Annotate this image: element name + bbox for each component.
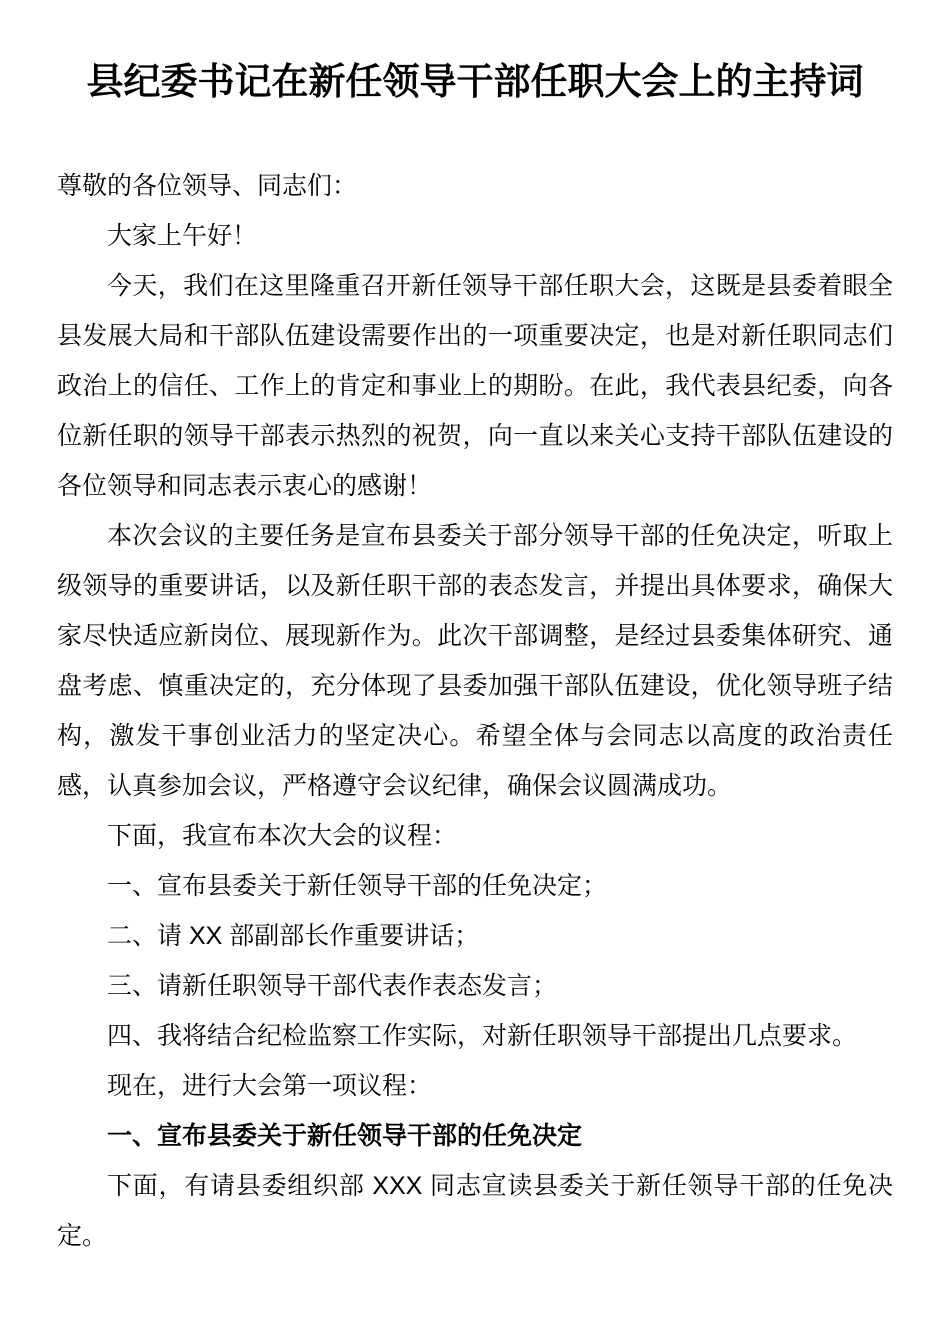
paragraph: 二、请 XX 部副部长作重要讲话； (57, 911, 893, 961)
paragraph: 三、请新任职领导干部代表作表态发言； (57, 961, 893, 1011)
paragraph: 下面，有请县委组织部 XXX 同志宣读县委关于新任领导干部的任免决定。 (57, 1161, 893, 1261)
paragraph: 大家上午好！ (57, 211, 893, 261)
document-page: 县纪委书记在新任领导干部任职大会上的主持词 尊敬的各位领导、同志们：大家上午好！… (0, 0, 950, 1344)
document-body: 尊敬的各位领导、同志们：大家上午好！今天，我们在这里隆重召开新任领导干部任职大会… (57, 161, 893, 1261)
paragraph: 现在，进行大会第一项议程： (57, 1061, 893, 1111)
paragraph: 下面，我宣布本次大会的议程： (57, 811, 893, 861)
paragraph: 尊敬的各位领导、同志们： (57, 161, 893, 211)
paragraph: 一、宣布县委关于新任领导干部的任免决定 (57, 1111, 893, 1161)
paragraph: 一、宣布县委关于新任领导干部的任免决定； (57, 861, 893, 911)
paragraph: 四、我将结合纪检监察工作实际，对新任职领导干部提出几点要求。 (57, 1011, 893, 1061)
paragraph: 今天，我们在这里隆重召开新任领导干部任职大会，这既是县委着眼全县发展大局和干部队… (57, 261, 893, 511)
document-title: 县纪委书记在新任领导干部任职大会上的主持词 (57, 58, 893, 106)
paragraph: 本次会议的主要任务是宣布县委关于部分领导干部的任免决定，听取上级领导的重要讲话，… (57, 511, 893, 811)
